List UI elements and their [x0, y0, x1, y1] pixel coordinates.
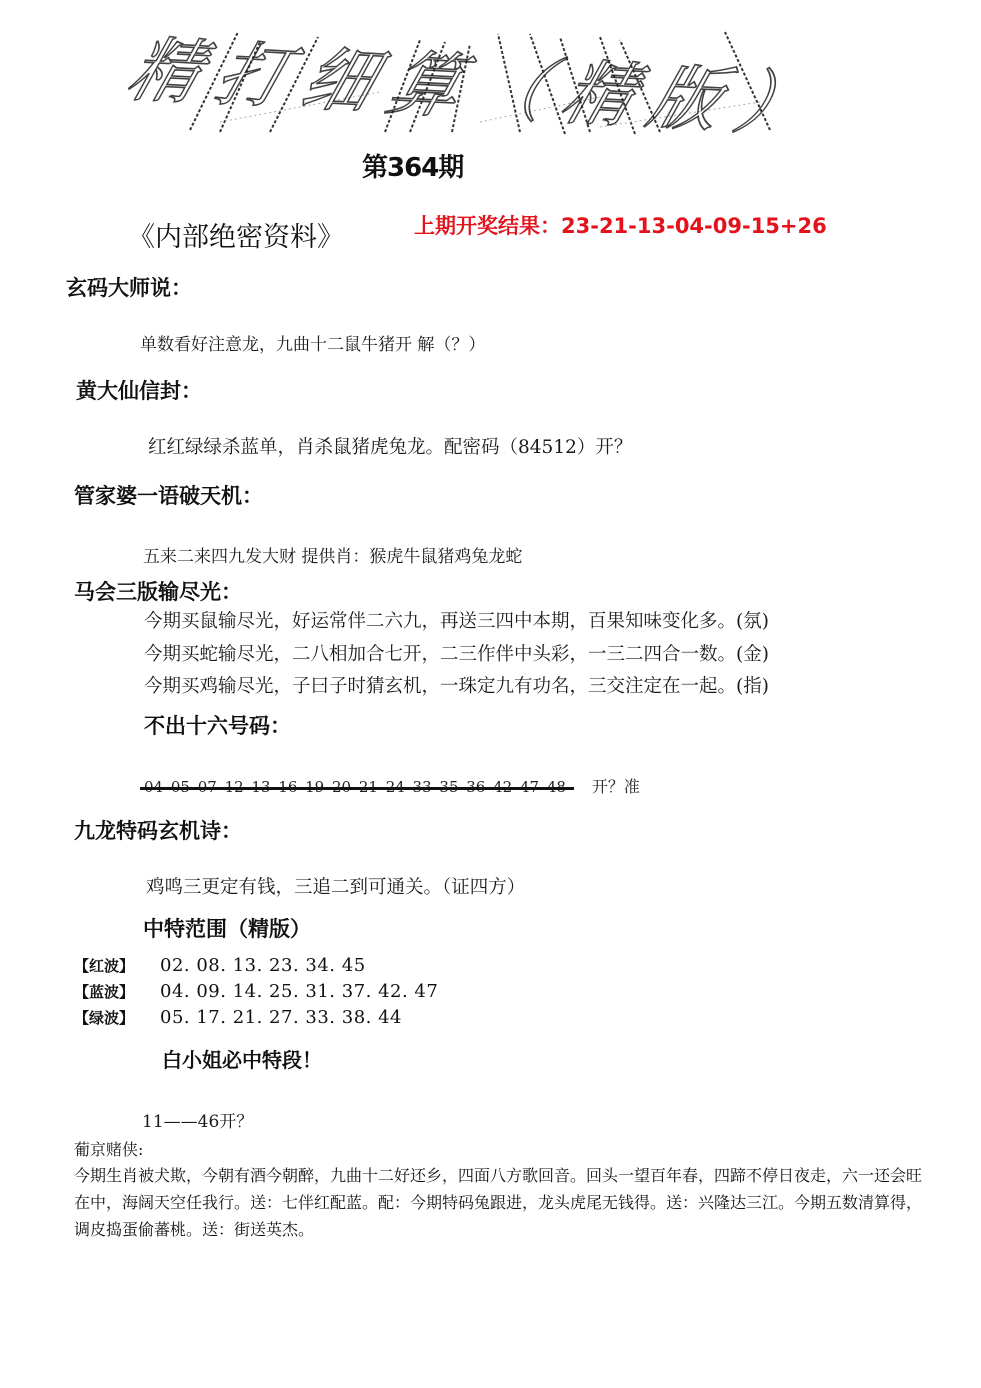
- section-heading-buchu: 不出十六号码：: [144, 710, 291, 740]
- sketch-title-banner: 精打细算（精版）: [180, 22, 780, 142]
- section-heading-mahui: 马会三版输尽光：: [74, 576, 242, 606]
- wave-label-red: 【红波】: [74, 955, 160, 976]
- document-subtitle: 《内部绝密资料》: [128, 215, 344, 254]
- wave-row-red: 【红波】02. 08. 13. 23. 34. 45: [74, 955, 366, 976]
- issue-number: 第364期: [362, 147, 463, 184]
- section-heading-pujing: 葡京赌侠:: [74, 1137, 143, 1160]
- wave-label-green: 【绿波】: [74, 1007, 160, 1028]
- wave-numbers-green: 05. 17. 21. 27. 33. 38. 44: [160, 1007, 402, 1028]
- xuanma-line: 单数看好注意龙，九曲十二鼠牛猪开 解（？）: [140, 330, 485, 355]
- wave-row-green: 【绿波】05. 17. 21. 27. 33. 38. 44: [74, 1007, 402, 1028]
- excluded-numbers-strikethrough: 04 05 07 12 13 16 19 20 21 24 33 35 36 4…: [144, 778, 566, 796]
- excluded-numbers-suffix: 开？准: [592, 777, 640, 796]
- mahui-line-1: 今期买鼠输尽光，好运常伴二六九，再送三四中本期，百果知味变化多。(氛): [144, 607, 769, 633]
- guanjiapo-line: 五来二来四九发大财 提供肖：猴虎牛鼠猪鸡兔龙蛇: [143, 542, 522, 567]
- mahui-line-3: 今期买鸡输尽光，子曰子时猜玄机，一珠定九有功名，三交注定在一起。(指): [144, 672, 769, 698]
- wave-label-blue: 【蓝波】: [74, 981, 160, 1002]
- huangdaxian-line: 红红绿绿杀蓝单，肖杀鼠猪虎兔龙。配密码（84512）开？: [148, 433, 632, 459]
- mahui-line-2: 今期买蛇输尽光，二八相加合七开，二三作伴中头彩，一三二四合一数。(金): [144, 640, 769, 666]
- section-heading-guanjiapo: 管家婆一语破天机：: [74, 480, 263, 510]
- last-draw-result: 上期开奖结果：23-21-13-04-09-15+26: [414, 210, 827, 240]
- wave-row-blue: 【蓝波】04. 09. 14. 25. 31. 37. 42. 47: [74, 981, 438, 1002]
- section-heading-xuanma: 玄码大师说：: [66, 272, 192, 302]
- section-heading-baixiaojie: 白小姐必中特段！: [162, 1044, 322, 1073]
- excluded-numbers-row: 04 05 07 12 13 16 19 20 21 24 33 35 36 4…: [144, 774, 640, 797]
- section-heading-huangdaxian: 黄大仙信封：: [76, 375, 202, 405]
- wave-numbers-red: 02. 08. 13. 23. 34. 45: [160, 955, 366, 976]
- section-heading-zhongte: 中特范围（精版）: [143, 913, 311, 943]
- wave-numbers-blue: 04. 09. 14. 25. 31. 37. 42. 47: [160, 981, 438, 1002]
- section-heading-jiulong: 九龙特码玄机诗：: [74, 815, 242, 845]
- pujing-paragraph: 今期生肖被犬欺，今朝有酒今朝醉，九曲十二好还乡，四面八方歌回音。回头一望百年春，…: [74, 1162, 934, 1243]
- baixiaojie-line: 11——46开？: [142, 1107, 253, 1132]
- jiulong-line: 鸡鸣三更定有钱，三追二到可通关。（证四方）: [146, 873, 525, 899]
